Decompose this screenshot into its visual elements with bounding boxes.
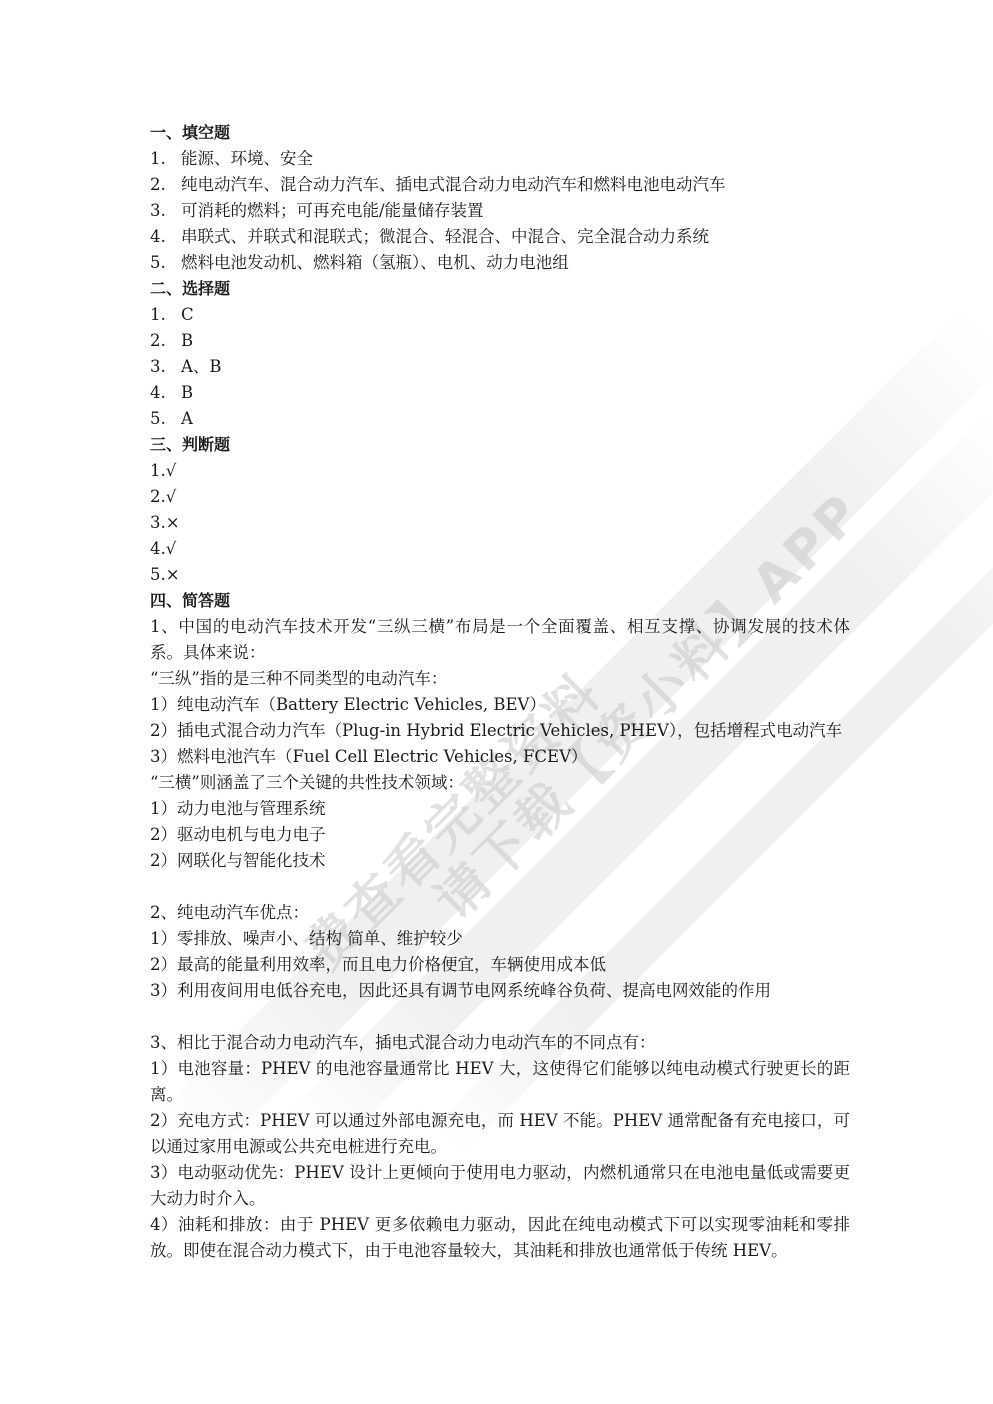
list-item: 2）网联化与智能化技术 [150, 848, 850, 874]
paragraph: 2、纯电动汽车优点： [150, 900, 850, 926]
paragraph: “三纵”指的是三种不同类型的电动汽车： [150, 666, 850, 692]
section-heading-short-answer: 四、简答题 [150, 588, 850, 614]
cross-mark-icon: × [166, 565, 180, 584]
list-item: 2.纯电动汽车、混合动力汽车、插电式混合动力电动汽车和燃料电池电动汽车 [150, 172, 850, 198]
list-item: 5.A [150, 406, 850, 432]
list-item: 4.B [150, 380, 850, 406]
check-mark-icon: √ [166, 539, 177, 558]
list-item: 3.可消耗的燃料；可再充电能/能量储存装置 [150, 198, 850, 224]
answer-document: 一、填空题 1.能源、环境、安全 2.纯电动汽车、混合动力汽车、插电式混合动力电… [150, 120, 850, 1264]
list-item: 1）动力电池与管理系统 [150, 796, 850, 822]
list-item: 1）电池容量：PHEV 的电池容量通常比 HEV 大，这使得它们能够以纯电动模式… [150, 1056, 850, 1108]
list-item: 2.B [150, 328, 850, 354]
paragraph: “三横”则涵盖了三个关键的共性技术领域： [150, 770, 850, 796]
section-heading-true-false: 三、判断题 [150, 432, 850, 458]
check-mark-icon: √ [166, 461, 177, 480]
list-item: 3）燃料电池汽车（Fuel Cell Electric Vehicles, FC… [150, 744, 850, 770]
section-heading-fill-blank: 一、填空题 [150, 120, 850, 146]
list-item: 4.√ [150, 536, 850, 562]
list-item: 1.C [150, 302, 850, 328]
paragraph: 3、相比于混合动力电动汽车，插电式混合动力电动汽车的不同点有： [150, 1030, 850, 1056]
spacer [150, 1004, 850, 1030]
list-item: 3.× [150, 510, 850, 536]
list-item: 1）零排放、噪声小、结构 简单、维护较少 [150, 926, 850, 952]
spacer [150, 874, 850, 900]
paragraph: 1、中国的电动汽车技术开发“三纵三横”布局是一个全面覆盖、相互支撑、协调发展的技… [150, 614, 850, 666]
list-item: 2）驱动电机与电力电子 [150, 822, 850, 848]
list-item: 1.√ [150, 458, 850, 484]
list-item: 4）油耗和排放：由于 PHEV 更多依赖电力驱动，因此在纯电动模式下可以实现零油… [150, 1212, 850, 1264]
list-item: 2）最高的能量利用效率，而且电力价格便宜，车辆使用成本低 [150, 952, 850, 978]
list-item: 2）插电式混合动力汽车（Plug-in Hybrid Electric Vehi… [150, 718, 850, 744]
section-heading-multiple-choice: 二、选择题 [150, 276, 850, 302]
list-item: 3）利用夜间用电低谷充电，因此还具有调节电网系统峰谷负荷、提高电网效能的作用 [150, 978, 850, 1004]
check-mark-icon: √ [166, 487, 177, 506]
list-item: 1.能源、环境、安全 [150, 146, 850, 172]
list-item: 2.√ [150, 484, 850, 510]
list-item: 3.A、B [150, 354, 850, 380]
list-item: 1）纯电动汽车（Battery Electric Vehicles, BEV） [150, 692, 850, 718]
list-item: 2）充电方式：PHEV 可以通过外部电源充电，而 HEV 不能。PHEV 通常配… [150, 1108, 850, 1160]
list-item: 5.燃料电池发动机、燃料箱（氢瓶）、电机、动力电池组 [150, 250, 850, 276]
cross-mark-icon: × [166, 513, 180, 532]
list-item: 3）电动驱动优先：PHEV 设计上更倾向于使用电力驱动，内燃机通常只在电池电量低… [150, 1160, 850, 1212]
list-item: 5.× [150, 562, 850, 588]
list-item: 4.串联式、并联式和混联式；微混合、轻混合、中混合、完全混合动力系统 [150, 224, 850, 250]
